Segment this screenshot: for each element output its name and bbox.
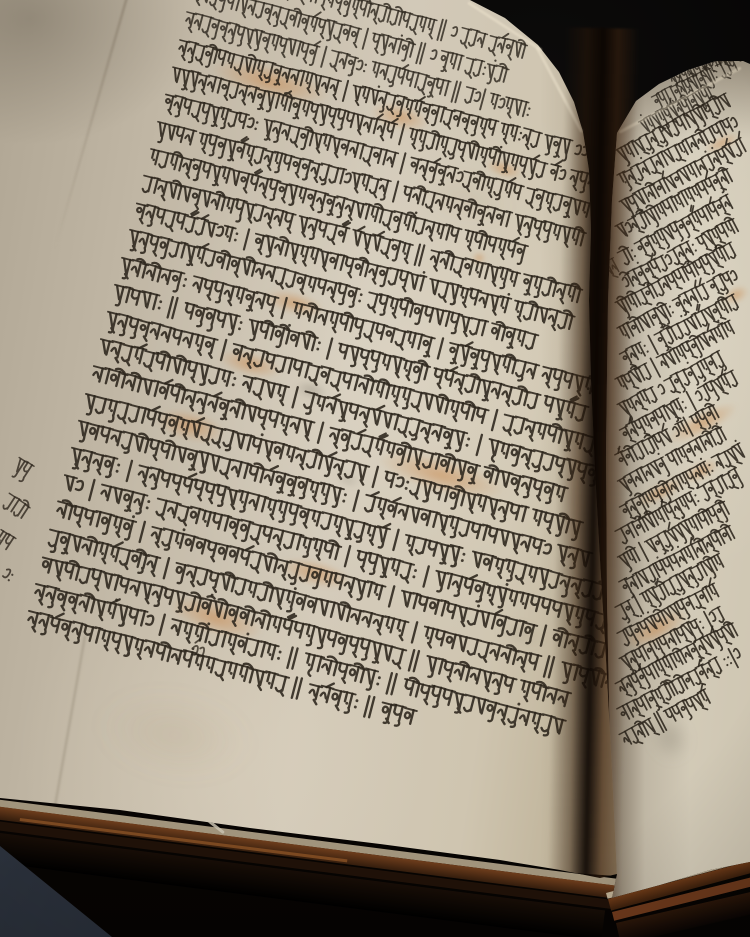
manuscript-photo <box>0 0 750 937</box>
margin-note <box>0 557 26 599</box>
highlight-smudge <box>530 0 577 30</box>
